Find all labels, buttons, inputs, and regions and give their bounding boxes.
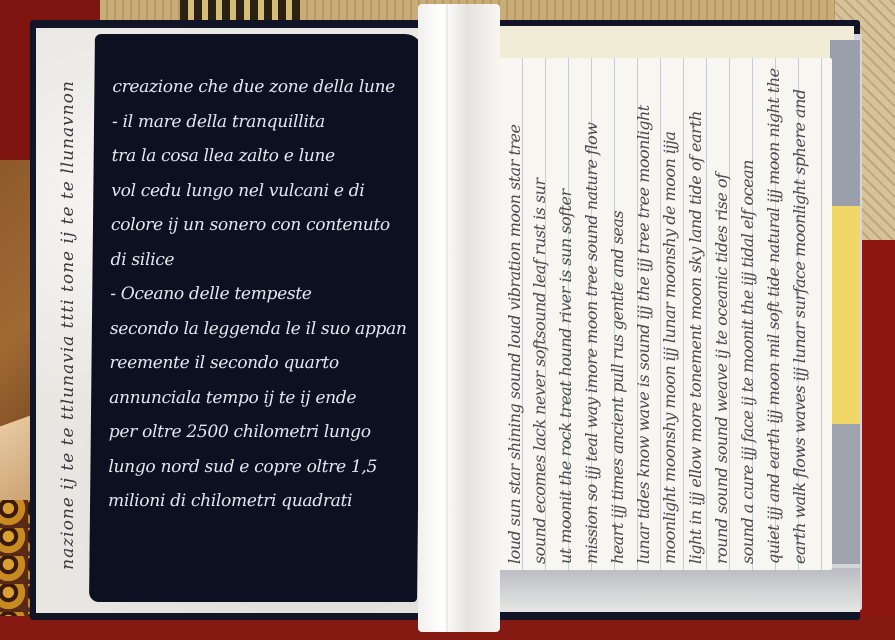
- calligraphy-line: creazione che due zone della lune: [112, 70, 408, 105]
- pencil-line: ut moonit the rock treat hound river is …: [556, 64, 580, 564]
- cream-page-edge: [498, 26, 854, 62]
- calligraphy-line: - Oceano delle tempeste: [110, 277, 406, 312]
- pencil-line: lunar tides know wave is sound ijj the i…: [634, 64, 658, 564]
- yellow-divider-tab: [830, 206, 860, 424]
- pencil-line: sound ecomes lack never softsound leaf r…: [530, 64, 554, 564]
- pencil-line: sound a cure ijj face ij te moonit the i…: [738, 64, 762, 564]
- pencil-line: loud sun star shining sound loud vibrati…: [505, 64, 529, 564]
- pencil-line: heart ijj times ancient pull rus gentle …: [608, 64, 632, 564]
- calligraphy-line: colore ij un sonero con contenuto: [111, 208, 407, 243]
- lined-practice-sheet: moon moonlight moonshy shining moon ijj …: [454, 58, 832, 570]
- margin-inscription-text: nazione ij te te ttlunavia ttti tone ij …: [58, 80, 78, 570]
- grey-divider-tab: [830, 40, 860, 208]
- calligraphy-line: di silice: [110, 243, 406, 278]
- pencil-line: earth walk flows waves ijj lunar surface…: [790, 64, 814, 564]
- margin-inscription: nazione ij te te ttlunavia ttti tone ij …: [48, 40, 88, 610]
- calligraphy-line: vol cedu lungo nel vulcani e di: [111, 174, 407, 209]
- calligraphy-line: per oltre 2500 chilometri lungo: [109, 415, 405, 450]
- calligraphy-line: tra la cosa llea zalto e lune: [112, 139, 408, 174]
- pencil-line: light in ijj ellow more tonement moon sk…: [686, 64, 710, 564]
- black-calligraphy-card: creazione che due zone della lune - il m…: [89, 34, 423, 602]
- calligraphy-line: - il mare della tranquillita: [112, 105, 408, 140]
- pencil-line: moonlight moonshy moon ijj lunar moonshy…: [660, 64, 684, 564]
- calligraphy-line: milioni di chilometri quadrati: [108, 484, 404, 519]
- calligraphy-line: reemente il secondo quarto: [109, 346, 405, 381]
- calligraphy-line: secondo la leggenda le il suo appan: [110, 312, 406, 347]
- spine-fold: [446, 4, 448, 632]
- translucent-sleeve-bottom: [498, 568, 860, 612]
- calligraphy-line: annunciala tempo ij te ij ende: [109, 381, 405, 416]
- pencil-line: quiet ijj and earth ijj moon mil soft ti…: [764, 64, 788, 564]
- pencil-line: round sound sound weave ij te oceanic ti…: [712, 64, 736, 564]
- spine-paper-strip: [418, 4, 500, 632]
- grey-divider-tab-lower: [830, 424, 860, 564]
- calligraphy-line: lungo nord sud e copre oltre 1,5: [108, 450, 404, 485]
- pencil-line: mission so ijj teal way imore moon tree …: [582, 64, 606, 564]
